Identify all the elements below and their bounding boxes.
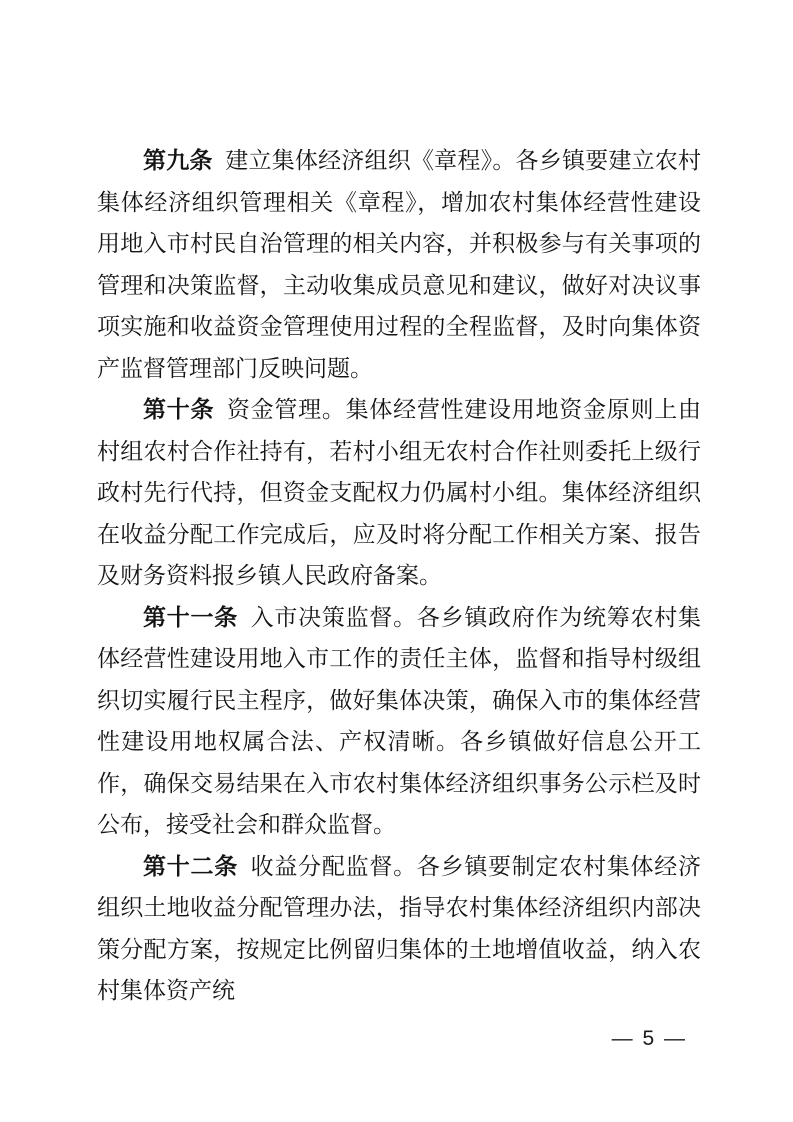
paragraph-article-9: 第九条建立集体经济组织《章程》。各乡镇要建立农村集体经济组织管理相关《章程》，增… [97, 140, 701, 389]
page-number: — 5 — [612, 1027, 687, 1051]
article-9-number: 第九条 [143, 147, 213, 173]
document-body: 第九条建立集体经济组织《章程》。各乡镇要建立农村集体经济组织管理相关《章程》，增… [97, 140, 701, 1012]
paragraph-article-10: 第十条资金管理。集体经营性建设用地资金原则上由村组农村合作社持有，若村小组无农村… [97, 389, 701, 597]
article-12-number: 第十二条 [143, 853, 238, 879]
document-page: 第九条建立集体经济组织《章程》。各乡镇要建立农村集体经济组织管理相关《章程》，增… [0, 0, 793, 1122]
article-11-text: 入市决策监督。各乡镇政府作为统筹农村集体经营性建设用地入市工作的责任主体，监督和… [97, 604, 701, 838]
paragraph-article-11: 第十一条入市决策监督。各乡镇政府作为统筹农村集体经营性建设用地入市工作的责任主体… [97, 597, 701, 846]
article-9-text: 建立集体经济组织《章程》。各乡镇要建立农村集体经济组织管理相关《章程》，增加农村… [97, 147, 701, 381]
article-10-number: 第十条 [143, 396, 214, 422]
article-11-number: 第十一条 [143, 604, 238, 630]
paragraph-article-12: 第十二条收益分配监督。各乡镇要制定农村集体经济组织土地收益分配管理办法，指导农村… [97, 846, 701, 1012]
article-10-text: 资金管理。集体经营性建设用地资金原则上由村组农村合作社持有，若村小组无农村合作社… [97, 396, 701, 588]
